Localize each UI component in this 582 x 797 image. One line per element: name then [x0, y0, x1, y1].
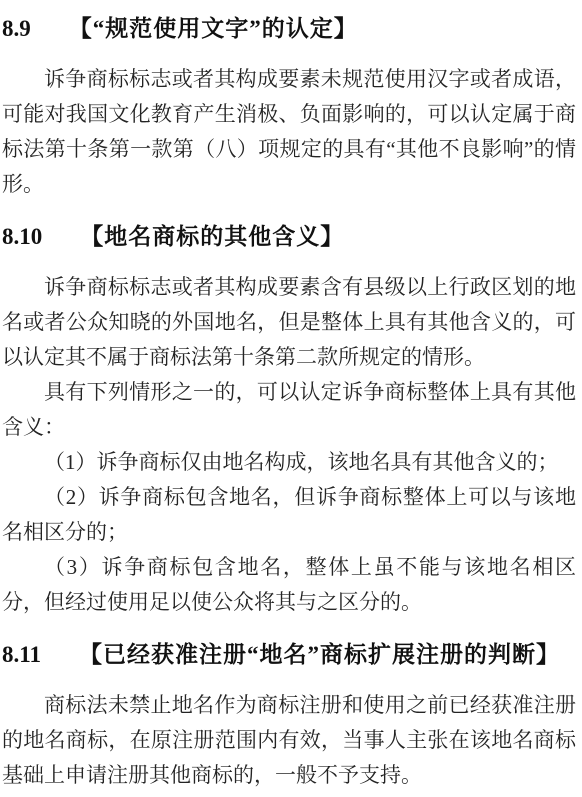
section-title: 【“规范使用文字”的认定】: [69, 16, 358, 41]
paragraph: （3）诉争商标包含地名，整体上虽不能与该地名相区分，但经过使用足以使公众将其与之…: [2, 550, 576, 620]
paragraph: 商标法未禁止地名作为商标注册和使用之前已经获准注册的地名商标，在原注册范围内有效…: [2, 688, 576, 793]
section-title: 【地名商标的其他含义】: [80, 224, 344, 249]
section-heading: 8.9【“规范使用文字”的认定】: [2, 14, 576, 44]
document-section: 8.10【地名商标的其他含义】 诉争商标标志或者其构成要素含有县级以上行政区划的…: [2, 222, 576, 620]
paragraph: 诉争商标标志或者其构成要素含有县级以上行政区划的地名或者公众知晓的外国地名，但是…: [2, 270, 576, 375]
section-title: 【已经获准注册“地名”商标扩展注册的判断】: [79, 642, 560, 667]
paragraph: 诉争商标标志或者其构成要素未规范使用汉字或者成语，可能对我国文化教育产生消极、负…: [2, 62, 576, 202]
section-heading: 8.10【地名商标的其他含义】: [2, 222, 576, 252]
document-section: 8.9【“规范使用文字”的认定】 诉争商标标志或者其构成要素未规范使用汉字或者成…: [2, 14, 576, 202]
paragraph: （1）诉争商标仅由地名构成，该地名具有其他含义的；: [2, 445, 576, 480]
paragraph: 具有下列情形之一的，可以认定诉争商标整体上具有其他含义：: [2, 375, 576, 445]
section-number: 8.11: [2, 640, 41, 670]
section-number: 8.9: [2, 14, 31, 44]
section-number: 8.10: [2, 222, 42, 252]
paragraph: （2）诉争商标包含地名，但诉争商标整体上可以与该地名相区分的；: [2, 480, 576, 550]
section-heading: 8.11【已经获准注册“地名”商标扩展注册的判断】: [2, 640, 576, 670]
document-section: 8.11【已经获准注册“地名”商标扩展注册的判断】 商标法未禁止地名作为商标注册…: [2, 640, 576, 793]
document-page: 8.9【“规范使用文字”的认定】 诉争商标标志或者其构成要素未规范使用汉字或者成…: [0, 0, 582, 797]
